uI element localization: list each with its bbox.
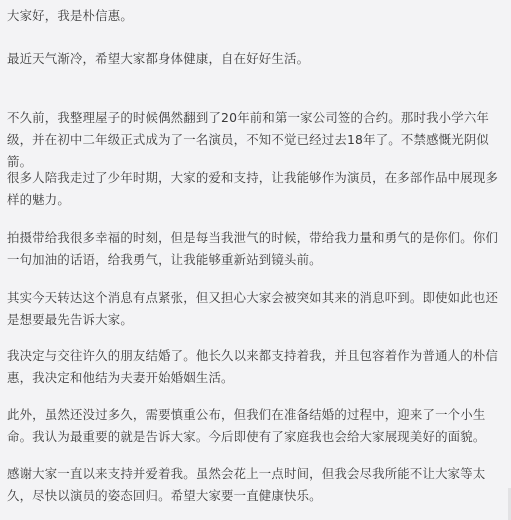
paragraph-greeting: 大家好，我是朴信惠。 [7,5,507,27]
paragraph-filming: 拍摄带给我很多幸福的时刻，但是每当我泄气的时候，带给我力量和勇气的是你们。你们一… [7,227,507,271]
paragraph-contract: 不久前，我整理屋子的时候偶然翻到了20年前和第一家公司签的合约。那时我小学六年级… [7,107,507,173]
paragraph-weather: 最近天气渐冷，希望大家都身体健康，自在好好生活。 [7,48,507,70]
paragraph-marriage: 我决定与交往许久的朋友结婚了。他长久以来都支持着我，并且包容着作为普通人的朴信惠… [7,345,507,389]
paragraph-news: 其实今天转达这个消息有点紧张，但又担心大家会被突如其来的消息吓到。即使如此也还是… [7,287,507,331]
paragraph-new-life: 此外，虽然还没过多久，需要慎重公布，但我们在准备结婚的过程中，迎来了一个小生命。… [7,404,507,448]
paragraph-thanks: 感谢大家一直以来支持并爱着我。虽然会花上一点时间，但我会尽我所能不让大家等太久，… [7,463,507,507]
paragraph-support: 很多人陪我走过了少年时期，大家的爱和支持，让我能够作为演员，在多部作品中展现多样… [7,167,507,211]
